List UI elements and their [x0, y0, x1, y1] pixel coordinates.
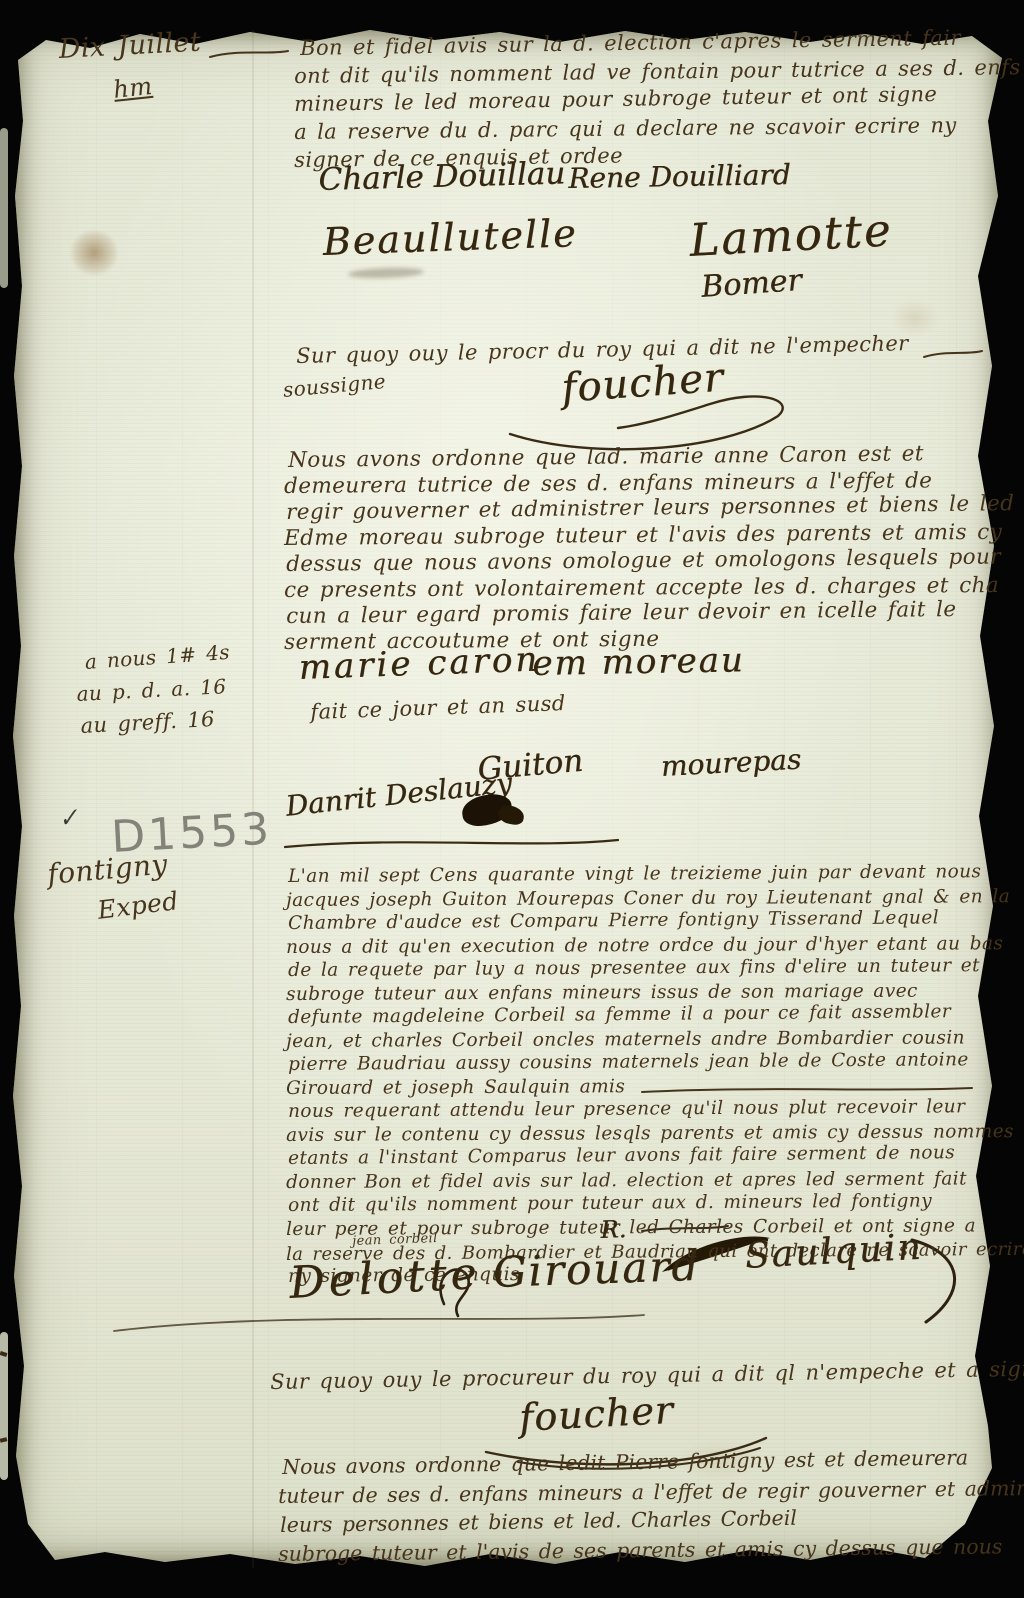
manuscript-line: jean, et charles Corbeil oncles maternel… [286, 1027, 965, 1052]
pen-rule [640, 1084, 976, 1096]
signature-delotte: Delotte [288, 1248, 482, 1309]
signature-initial: R. [600, 1215, 627, 1244]
pen-flourish [922, 348, 986, 362]
manuscript-line: nous a dit qu'en execution de notre ordc… [286, 933, 1003, 958]
margin-date-note-2: hm [112, 72, 154, 104]
pen-flourish [208, 46, 292, 62]
signature-lamotte: Lamotte [688, 203, 894, 267]
manuscript-scan: Dix Juillet hm Bon et fidel avis sur la … [0, 0, 1024, 1598]
signature-beaullutelle: Beaullutelle [322, 211, 578, 264]
signature-marie-caron: marie caron [298, 640, 541, 688]
signature-bomer: Bomer [700, 263, 803, 305]
signature-underline [282, 834, 622, 852]
manuscript-line: ont dit qu'ils nomment pour tuteur aux d… [288, 1191, 932, 1216]
signature-girouard: Girouard [492, 1241, 701, 1297]
signature-em-moreau: em moreau [532, 640, 745, 684]
signature-foucher: foucher [518, 1388, 675, 1440]
page-edge-nub-top [0, 128, 8, 288]
manuscript-line: donner Bon et fidel avis sur lad. electi… [286, 1168, 967, 1193]
signature-douillau: Charle Douillau [318, 156, 566, 198]
signature-underline [110, 1308, 650, 1336]
manuscript-line: Girouard et joseph Saulquin amis [286, 1076, 625, 1099]
signature-douilliard: Rene Douilliard [568, 158, 791, 195]
